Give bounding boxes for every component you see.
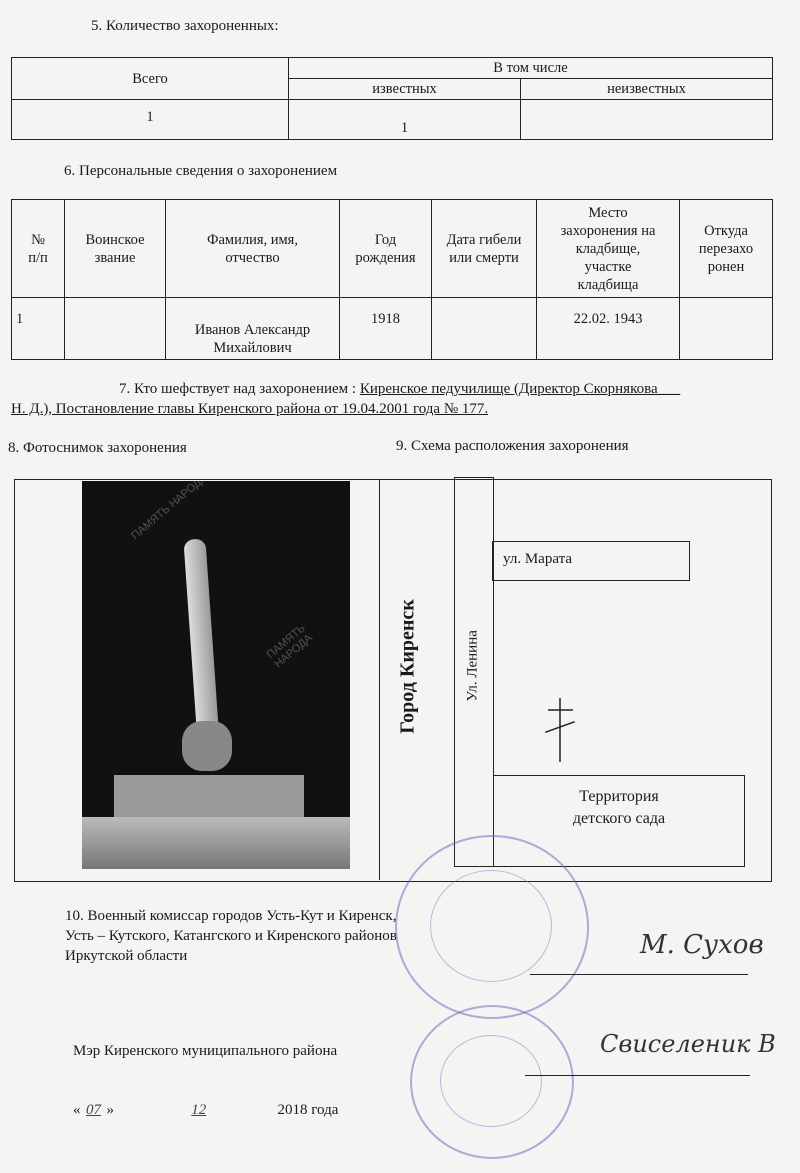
section-9-title: 9. Схема расположения захоронения [396,438,629,455]
value-known: 1 [289,100,521,140]
section-7-label: 7. Кто шефствует над захоронением : [119,381,356,397]
cross-icon [540,695,580,765]
cell-rank [65,298,166,360]
cell-name: Иванов Александр Михайлович [166,298,340,360]
section-7-value-1: Киренское педучилище (Директор Скорняков… [360,381,680,397]
cell-burial-place: 22.02. 1943 [537,298,680,360]
header-known: известных [289,79,521,100]
section-7-value-2: Н. Д.), Постановление главы Киренского р… [11,401,488,418]
name-line-2: Михайлович [166,339,339,357]
header-col-5: Местозахоронения накладбище,участкекладб… [537,200,680,298]
city-label-wrap: Город Киренск [393,570,423,770]
name-line-1: Иванов Александр [166,321,339,339]
kindergarten-line-1: Территория [494,786,744,808]
header-col-3: Годрождения [340,200,432,298]
commissar-line-2: Усть – Кутского, Катангского и Киренског… [65,926,397,946]
cell-birth-year: 1918 [340,298,432,360]
header-col-4: Дата гибелиили смерти [432,200,537,298]
military-stamp-inner [430,870,552,982]
commissar-line-1: 10. Военный комиссар городов Усть-Кут и … [65,906,397,926]
mayor-title: Мэр Киренского муниципального района [73,1043,337,1060]
header-unknown: неизвестных [521,79,773,100]
header-col-1: Воинскоезвание [65,200,166,298]
lenina-label: Ул. Ленина [465,636,482,702]
value-total: 1 [12,100,289,140]
memorial-photo: ПАМЯТЬ НАРОДА ПАМЯТЬ НАРОДА [82,481,350,869]
frame-divider [379,479,380,880]
watermark: ПАМЯТЬ НАРОДА [129,481,209,542]
pedestal [114,775,304,817]
header-total: Всего [12,58,289,100]
commissar-line-3: Иркутской области [65,946,397,966]
marata-label: ул. Марата [503,551,572,568]
obelisk-shape [183,538,218,729]
commissar-block: 10. Военный комиссар городов Усть-Кут и … [65,906,397,966]
commissar-signature: М. Сухов [640,930,764,960]
burials-count-table: Всего В том числе известных неизвестных … [11,57,773,140]
ground [82,817,350,869]
header-including: В том числе [289,58,773,79]
section-7-line-1: 7. Кто шефствует над захоронением : Кире… [119,381,680,398]
date-year: 2018 года [278,1102,339,1118]
cell-num: 1 [12,298,65,360]
date-month: 12 [124,1102,274,1119]
mayor-signature-line [525,1075,750,1076]
personal-info-table: №п/пВоинскоезваниеФамилия, имя,отчествоГ… [11,199,773,360]
cell-death-date [432,298,537,360]
date-day: 07 [81,1102,107,1119]
header-col-0: №п/п [12,200,65,298]
commissar-signature-line [530,974,748,975]
section-5-title: 5. Количество захороненных: [91,18,279,35]
value-unknown [521,100,773,140]
cell-from [680,298,773,360]
watermark: ПАМЯТЬ НАРОДА [265,596,348,671]
header-col-6: Откудаперезахоронен [680,200,773,298]
obelisk-base [182,721,232,771]
mayor-signature: Свиселеник В [600,1030,776,1058]
city-label: Город Киренск [397,567,420,767]
header-col-2: Фамилия, имя,отчество [166,200,340,298]
administration-stamp-inner [440,1035,542,1127]
section-6-title: 6. Персональные сведения о захоронением [64,163,337,180]
date-line: «07» 12 2018 года [73,1102,338,1119]
section-8-title: 8. Фотоснимок захоронения [8,440,187,457]
kindergarten-line-2: детского сада [494,808,744,830]
